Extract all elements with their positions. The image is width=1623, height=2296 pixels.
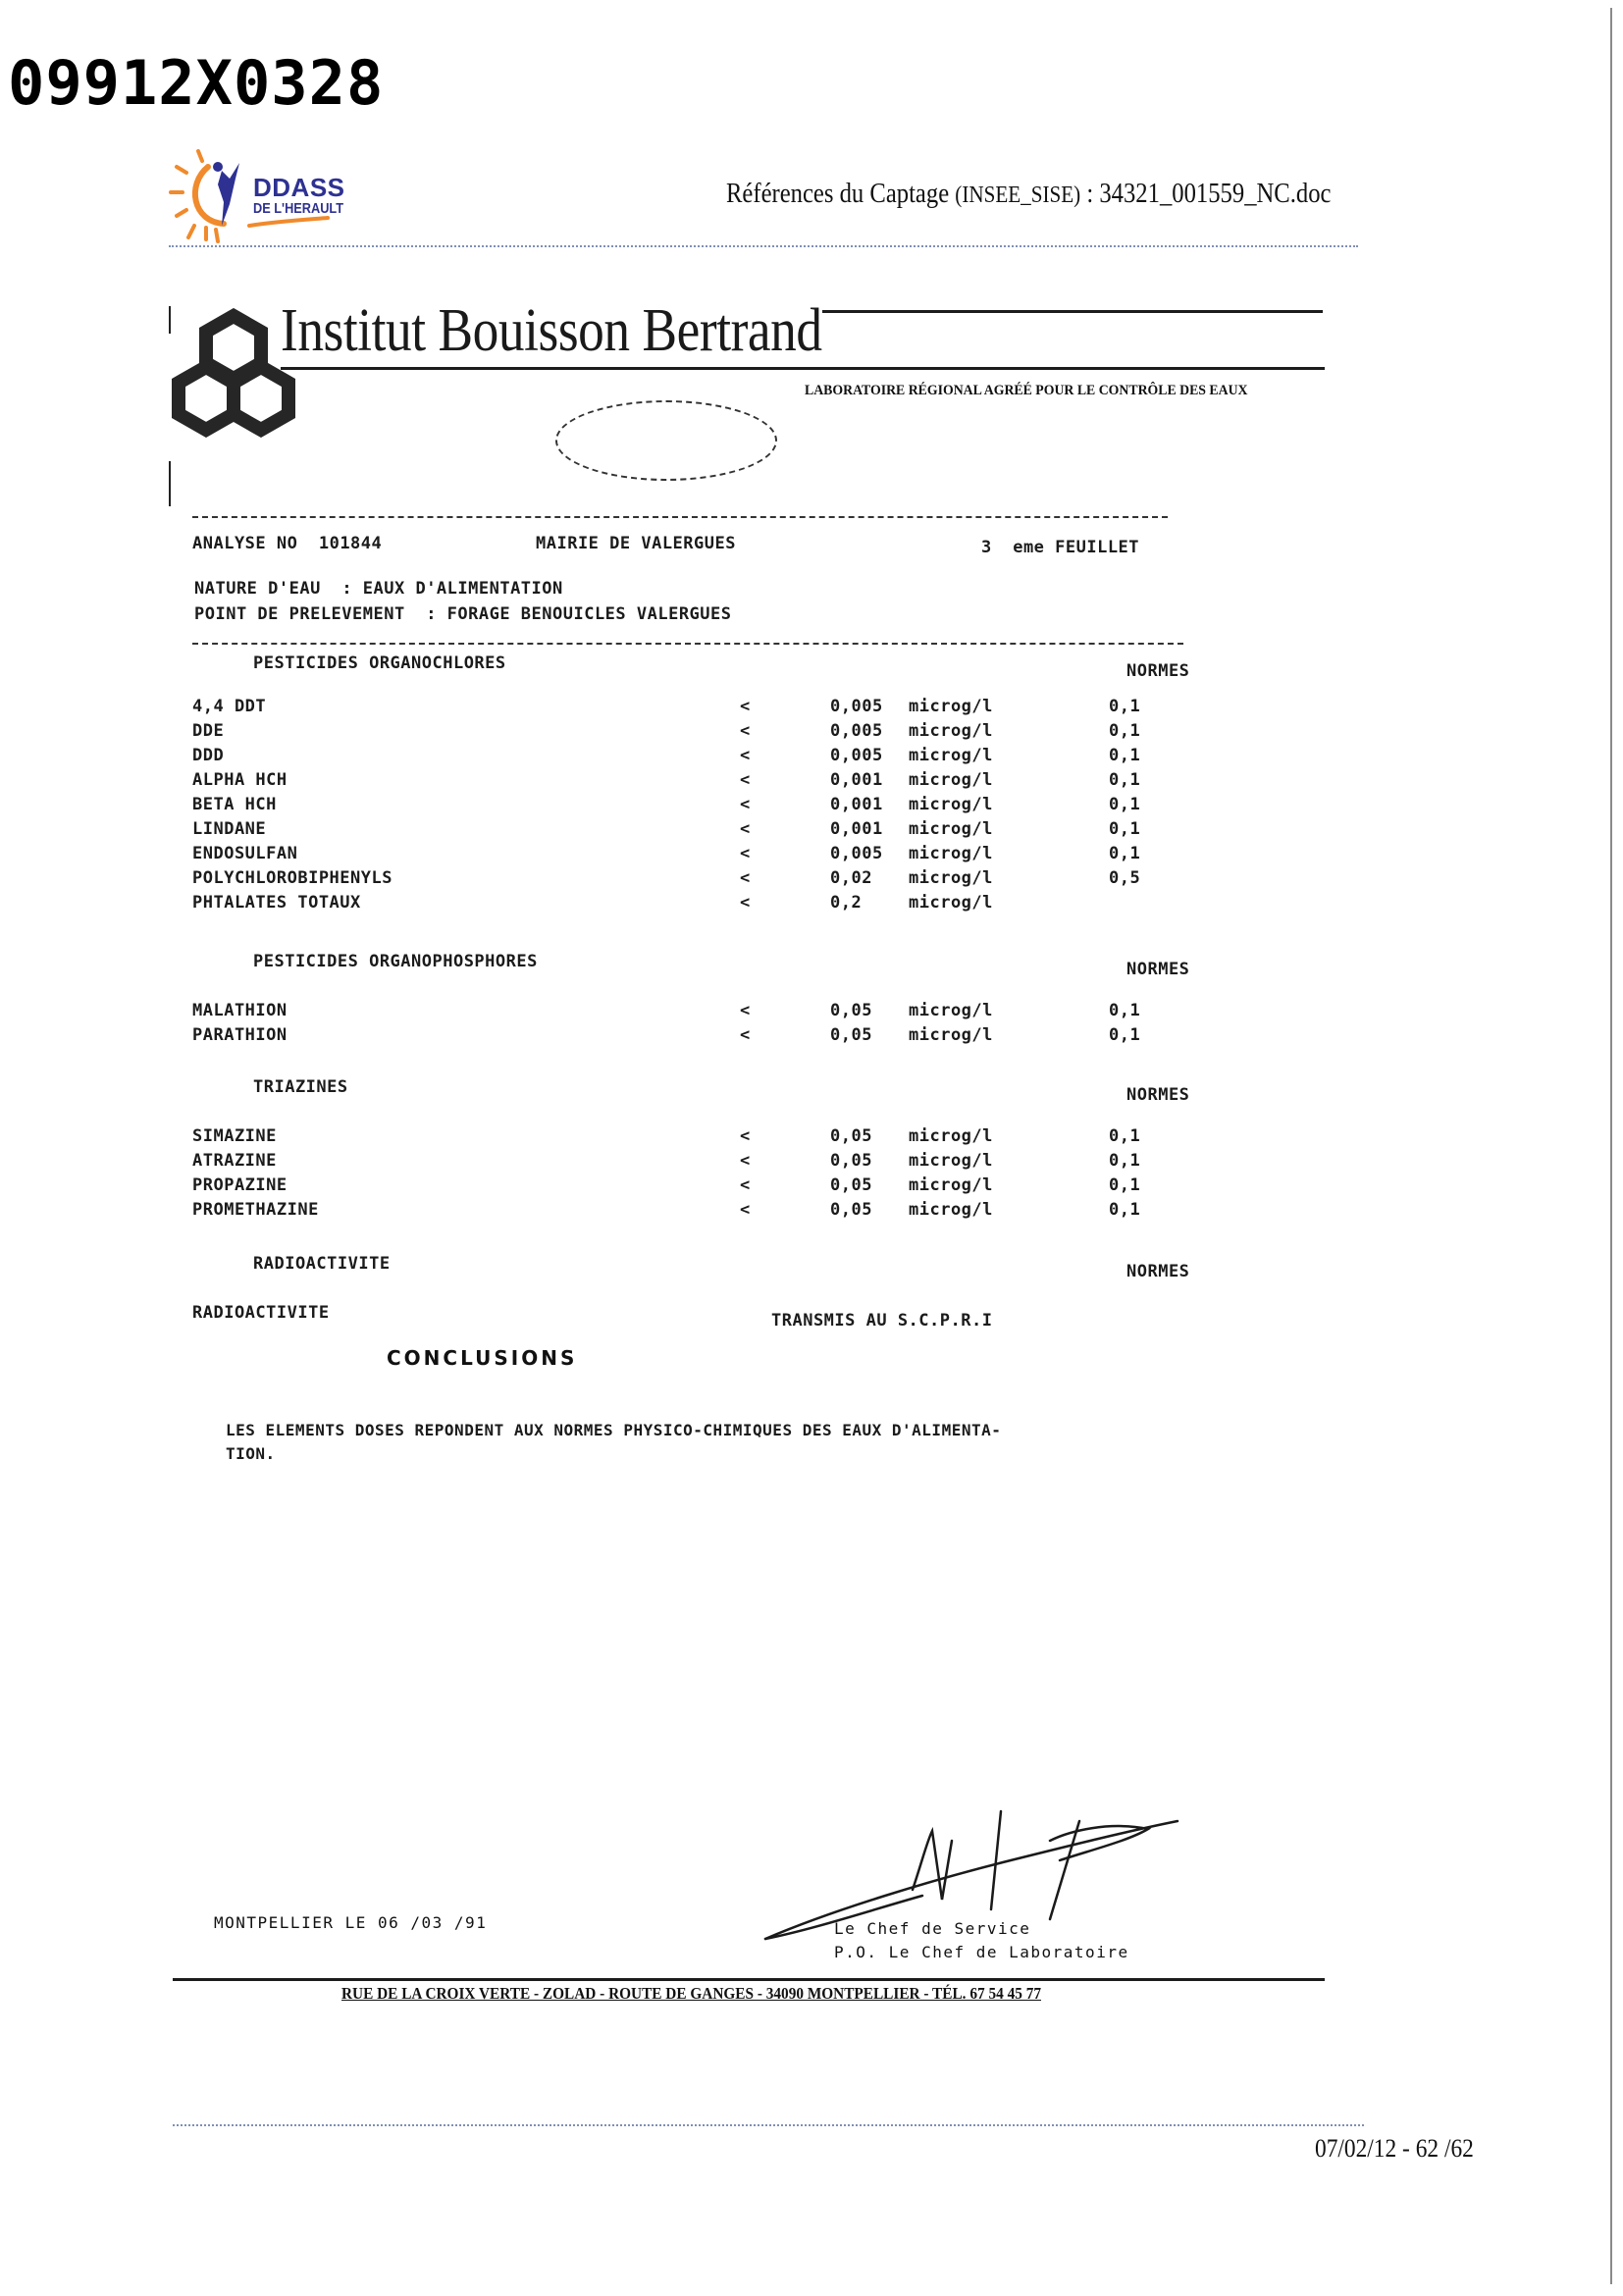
norm-value: 0,1 — [1109, 1001, 1140, 1020]
letterhead-rule-top — [822, 310, 1323, 313]
result-row: POLYCHLOROBIPHENYLS<0,02microg/l0,5 — [192, 868, 1174, 890]
parameter-name: SIMAZINE — [192, 1126, 277, 1146]
analysis-number-value: 101844 — [319, 534, 382, 553]
lab-tagline: LABORATOIRE RÉGIONAL AGRÉÉ POUR LE CONTR… — [805, 383, 1248, 399]
norm-value: 0,1 — [1109, 844, 1140, 863]
result-row: ATRAZINE<0,05microg/l0,1 — [192, 1151, 1174, 1173]
measured-value: 0,05 — [830, 1126, 872, 1146]
reference-prefix: Références du Captage — [726, 179, 949, 209]
result-text: TRANSMIS AU S.C.P.R.I — [771, 1311, 992, 1331]
measured-value: 0,05 — [830, 1200, 872, 1220]
unit: microg/l — [909, 1200, 993, 1220]
norm-value: 0,1 — [1109, 1126, 1140, 1146]
ddass-subtitle: DE L'HERAULT — [253, 200, 343, 217]
client-name: MAIRIE DE VALERGUES — [536, 534, 736, 553]
parameter-name: DDE — [192, 721, 224, 741]
result-row: ENDOSULFAN<0,005microg/l0,1 — [192, 844, 1174, 865]
measured-value: 0,05 — [830, 1025, 872, 1045]
footer-rule — [173, 1978, 1325, 1981]
less-than-operator: < — [740, 1025, 751, 1045]
parameter-name: ALPHA HCH — [192, 770, 288, 790]
unit: microg/l — [909, 1025, 993, 1045]
parameter-name: RADIOACTIVITE — [192, 1303, 330, 1323]
parameter-name: PROMETHAZINE — [192, 1200, 319, 1220]
parameter-name: POLYCHLOROBIPHENYLS — [192, 868, 393, 888]
parameter-name: PARATHION — [192, 1025, 288, 1045]
unit: microg/l — [909, 1175, 993, 1195]
unit: microg/l — [909, 844, 993, 863]
parameter-name: DDD — [192, 746, 224, 765]
measured-value: 0,005 — [830, 844, 883, 863]
unit: microg/l — [909, 893, 993, 913]
header-dotted-rule — [169, 245, 1358, 247]
unit: microg/l — [909, 1151, 993, 1171]
measured-value: 0,05 — [830, 1151, 872, 1171]
norm-value: 0,1 — [1109, 1025, 1140, 1045]
norm-value: 0,1 — [1109, 1151, 1140, 1171]
result-row: DDE<0,005microg/l0,1 — [192, 721, 1174, 743]
section-title: TRIAZINES — [253, 1077, 348, 1097]
parameter-name: PROPAZINE — [192, 1175, 288, 1195]
result-row: ALPHA HCH<0,001microg/l0,1 — [192, 770, 1174, 792]
less-than-operator: < — [740, 844, 751, 863]
parameter-name: LINDANE — [192, 819, 266, 839]
less-than-operator: < — [740, 1126, 751, 1146]
unit: microg/l — [909, 1126, 993, 1146]
result-row: MALATHION<0,05microg/l0,1 — [192, 1001, 1174, 1022]
reference-value: : 34321_001559_NC.doc — [1086, 179, 1331, 209]
less-than-operator: < — [740, 1175, 751, 1195]
water-nature: NATURE D'EAU : EAUX D'ALIMENTATION — [194, 579, 563, 599]
letterhead-rule — [281, 367, 1325, 370]
conclusions-line-1: LES ELEMENTS DOSES REPONDENT AUX NORMES … — [226, 1421, 1001, 1439]
margin-tick — [169, 306, 171, 334]
result-row: PROMETHAZINE<0,05microg/l0,1 — [192, 1200, 1174, 1222]
measured-value: 0,001 — [830, 819, 883, 839]
less-than-operator: < — [740, 697, 751, 716]
measured-value: 0,2 — [830, 893, 862, 913]
unit: microg/l — [909, 1001, 993, 1020]
dashed-separator — [192, 516, 1168, 518]
norm-value: 0,1 — [1109, 1200, 1140, 1220]
parameter-name: 4,4 DDT — [192, 697, 266, 716]
measured-value: 0,005 — [830, 697, 883, 716]
margin-tick — [169, 461, 171, 506]
measured-value: 0,005 — [830, 721, 883, 741]
dashed-separator — [192, 643, 1183, 645]
page-edge-border — [1610, 8, 1612, 2284]
less-than-operator: < — [740, 1001, 751, 1020]
parameter-name: MALATHION — [192, 1001, 288, 1020]
measured-value: 0,001 — [830, 795, 883, 814]
parameter-name: ATRAZINE — [192, 1151, 277, 1171]
measured-value: 0,05 — [830, 1001, 872, 1020]
less-than-operator: < — [740, 795, 751, 814]
less-than-operator: < — [740, 1200, 751, 1220]
norm-value: 0,1 — [1109, 721, 1140, 741]
conclusions-line-2: TION. — [226, 1444, 276, 1463]
signatory-role-2: P.O. Le Chef de Laboratoire — [834, 1943, 1129, 1961]
section-title: PESTICIDES ORGANOCHLORES — [253, 653, 506, 673]
norm-value: 0,1 — [1109, 819, 1140, 839]
less-than-operator: < — [740, 770, 751, 790]
less-than-operator: < — [740, 746, 751, 765]
document-stamp-code: 09912X0328 — [8, 47, 384, 119]
norm-value: 0,1 — [1109, 1175, 1140, 1195]
result-row: PROPAZINE<0,05microg/l0,1 — [192, 1175, 1174, 1197]
parameter-name: PHTALATES TOTAUX — [192, 893, 361, 913]
reference-key: (INSEE_SISE) — [955, 183, 1080, 208]
sampling-point: POINT DE PRELEVEMENT : FORAGE BENOUICLES… — [194, 604, 732, 624]
analysis-number: ANALYSE NO 101844 — [192, 534, 382, 553]
norm-value: 0,1 — [1109, 697, 1140, 716]
less-than-operator: < — [740, 721, 751, 741]
conclusions-title: CONCLUSIONS — [387, 1346, 577, 1370]
less-than-operator: < — [740, 868, 751, 888]
footer-dotted-rule — [173, 2124, 1364, 2126]
measured-value: 0,02 — [830, 868, 872, 888]
hand-drawn-oval — [555, 400, 777, 481]
place-and-date: MONTPELLIER LE 06 /03 /91 — [214, 1913, 487, 1932]
result-row: SIMAZINE<0,05microg/l0,1 — [192, 1126, 1174, 1148]
result-row: 4,4 DDT<0,005microg/l0,1 — [192, 697, 1174, 718]
measured-value: 0,001 — [830, 770, 883, 790]
unit: microg/l — [909, 746, 993, 765]
norms-header: NORMES — [1126, 661, 1189, 681]
lab-address: RUE DE LA CROIX VERTE - ZOLAD - ROUTE DE… — [341, 1984, 1041, 2004]
result-row: PHTALATES TOTAUX<0,2microg/l — [192, 893, 1174, 914]
parameter-name: ENDOSULFAN — [192, 844, 297, 863]
signatory-role-1: Le Chef de Service — [834, 1919, 1030, 1938]
page-date-and-number: 07/02/12 - 62 /62 — [1315, 2134, 1474, 2164]
norm-value: 0,5 — [1109, 868, 1140, 888]
less-than-operator: < — [740, 1151, 751, 1171]
result-row: RADIOACTIVITETRANSMIS AU S.C.P.R.I — [192, 1303, 1174, 1325]
norms-header: NORMES — [1126, 960, 1189, 979]
measured-value: 0,05 — [830, 1175, 872, 1195]
measured-value: 0,005 — [830, 746, 883, 765]
result-row: DDD<0,005microg/l0,1 — [192, 746, 1174, 767]
section-title: RADIOACTIVITE — [253, 1254, 391, 1274]
unit: microg/l — [909, 819, 993, 839]
captage-reference: Références du Captage (INSEE_SISE) : 343… — [726, 179, 1331, 210]
less-than-operator: < — [740, 819, 751, 839]
result-row: BETA HCH<0,001microg/l0,1 — [192, 795, 1174, 816]
result-row: PARATHION<0,05microg/l0,1 — [192, 1025, 1174, 1047]
norms-header: NORMES — [1126, 1262, 1189, 1281]
result-row: LINDANE<0,001microg/l0,1 — [192, 819, 1174, 841]
unit: microg/l — [909, 697, 993, 716]
section-title: PESTICIDES ORGANOPHOSPHORES — [253, 952, 538, 971]
norm-value: 0,1 — [1109, 746, 1140, 765]
lab-name: Institut Bouisson Bertrand — [281, 296, 822, 366]
less-than-operator: < — [740, 893, 751, 913]
parameter-name: BETA HCH — [192, 795, 277, 814]
unit: microg/l — [909, 770, 993, 790]
ddass-title: DDASS — [253, 173, 345, 203]
norm-value: 0,1 — [1109, 795, 1140, 814]
sheet-number: 3 eme FEUILLET — [981, 538, 1139, 557]
norms-header: NORMES — [1126, 1085, 1189, 1105]
unit: microg/l — [909, 795, 993, 814]
unit: microg/l — [909, 721, 993, 741]
unit: microg/l — [909, 868, 993, 888]
norm-value: 0,1 — [1109, 770, 1140, 790]
